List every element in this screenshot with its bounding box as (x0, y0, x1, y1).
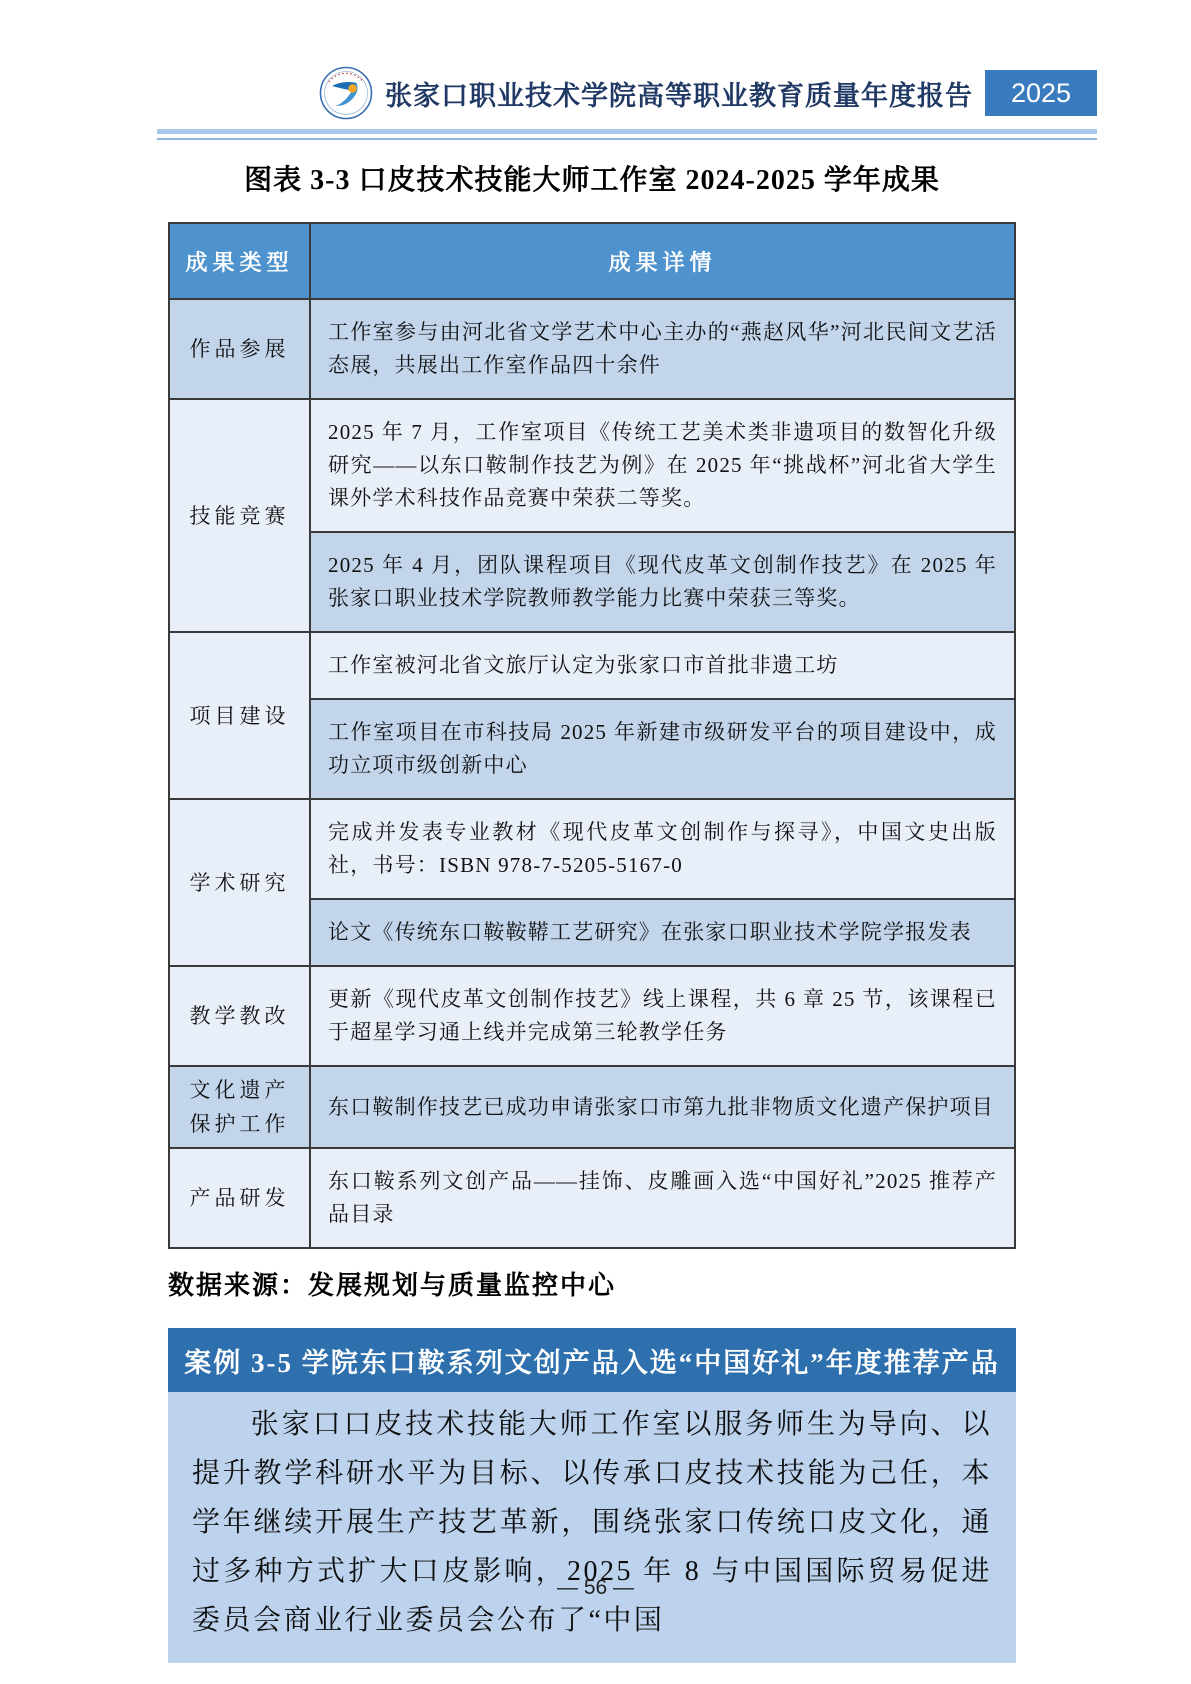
table-row: 文化遗产保护工作东口鞍制作技艺已成功申请张家口市第九批非物质文化遗产保护项目 (169, 1066, 1015, 1148)
results-table-body: 作品参展工作室参与由河北省文学艺术中心主办的“燕赵风华”河北民间文艺活态展，共展… (169, 299, 1015, 1248)
main-content: 图表 3-3 口皮技术技能大师工作室 2024-2025 学年成果 成果类型 成… (168, 150, 1016, 1663)
page-number: — 56 — (557, 1576, 634, 1599)
detail-cell: 工作室项目在市科技局 2025 年新建市级研发平台的项目建设中，成功立项市级创新… (310, 699, 1015, 799)
detail-cell: 论文《传统东口鞍鞍鞯工艺研究》在张家口职业技术学院学报发表 (310, 899, 1015, 966)
results-table: 成果类型 成果详情 作品参展工作室参与由河北省文学艺术中心主办的“燕赵风华”河北… (168, 222, 1016, 1249)
column-header-detail: 成果详情 (310, 223, 1015, 299)
category-cell: 作品参展 (169, 299, 310, 399)
report-title: 张家口职业技术学院高等职业教育质量年度报告 (385, 74, 973, 113)
category-cell: 文化遗产保护工作 (169, 1066, 310, 1148)
category-cell: 技能竞赛 (169, 399, 310, 632)
detail-cell: 更新《现代皮革文创制作技艺》线上课程，共 6 章 25 节，该课程已于超星学习通… (310, 966, 1015, 1066)
document-page: 张家口职业技术学院高等职业教育质量年度报告 2025 图表 3-3 口皮技术技能… (0, 0, 1191, 1684)
category-cell: 教学教改 (169, 966, 310, 1066)
table-row: 学术研究完成并发表专业教材《现代皮革文创制作与探寻》，中国文史出版社，书号：IS… (169, 799, 1015, 899)
table-header-row: 成果类型 成果详情 (169, 223, 1015, 299)
year-badge: 2025 (985, 70, 1097, 116)
detail-cell: 工作室参与由河北省文学艺术中心主办的“燕赵风华”河北民间文艺活态展，共展出工作室… (310, 299, 1015, 399)
column-header-type: 成果类型 (169, 223, 310, 299)
table-row: 项目建设工作室被河北省文旅厅认定为张家口市首批非遗工坊 (169, 632, 1015, 699)
category-cell: 学术研究 (169, 799, 310, 966)
table-row: 技能竞赛2025 年 7 月，工作室项目《传统工艺美术类非遗项目的数智化升级研究… (169, 399, 1015, 532)
case-banner: 案例 3-5 学院东口鞍系列文创产品入选“中国好礼”年度推荐产品 (168, 1328, 1016, 1392)
detail-cell: 东口鞍系列文创产品——挂饰、皮雕画入选“中国好礼”2025 推荐产品目录 (310, 1148, 1015, 1248)
detail-cell: 工作室被河北省文旅厅认定为张家口市首批非遗工坊 (310, 632, 1015, 699)
detail-cell: 完成并发表专业教材《现代皮革文创制作与探寻》，中国文史出版社，书号：ISBN 9… (310, 799, 1015, 899)
page-header: 张家口职业技术学院高等职业教育质量年度报告 2025 (157, 64, 1097, 122)
table-row: 产品研发东口鞍系列文创产品——挂饰、皮雕画入选“中国好礼”2025 推荐产品目录 (169, 1148, 1015, 1248)
data-source-note: 数据来源：发展规划与质量监控中心 (168, 1265, 1016, 1302)
detail-cell: 2025 年 7 月，工作室项目《传统工艺美术类非遗项目的数智化升级研究——以东… (310, 399, 1015, 532)
category-cell: 产品研发 (169, 1148, 310, 1248)
case-paragraph: 张家口口皮技术技能大师工作室以服务师生为导向、以提升教学科研水平为目标、以传承口… (168, 1392, 1016, 1663)
college-emblem-icon (319, 66, 373, 120)
figure-title: 图表 3-3 口皮技术技能大师工作室 2024-2025 学年成果 (168, 158, 1016, 198)
category-cell: 项目建设 (169, 632, 310, 799)
table-row: 作品参展工作室参与由河北省文学艺术中心主办的“燕赵风华”河北民间文艺活态展，共展… (169, 299, 1015, 399)
table-row: 教学教改更新《现代皮革文创制作技艺》线上课程，共 6 章 25 节，该课程已于超… (169, 966, 1015, 1066)
detail-cell: 2025 年 4 月，团队课程项目《现代皮革文创制作技艺》在 2025 年张家口… (310, 532, 1015, 632)
page-footer: — 56 — (0, 1576, 1191, 1600)
header-divider (157, 129, 1097, 140)
detail-cell: 东口鞍制作技艺已成功申请张家口市第九批非物质文化遗产保护项目 (310, 1066, 1015, 1148)
